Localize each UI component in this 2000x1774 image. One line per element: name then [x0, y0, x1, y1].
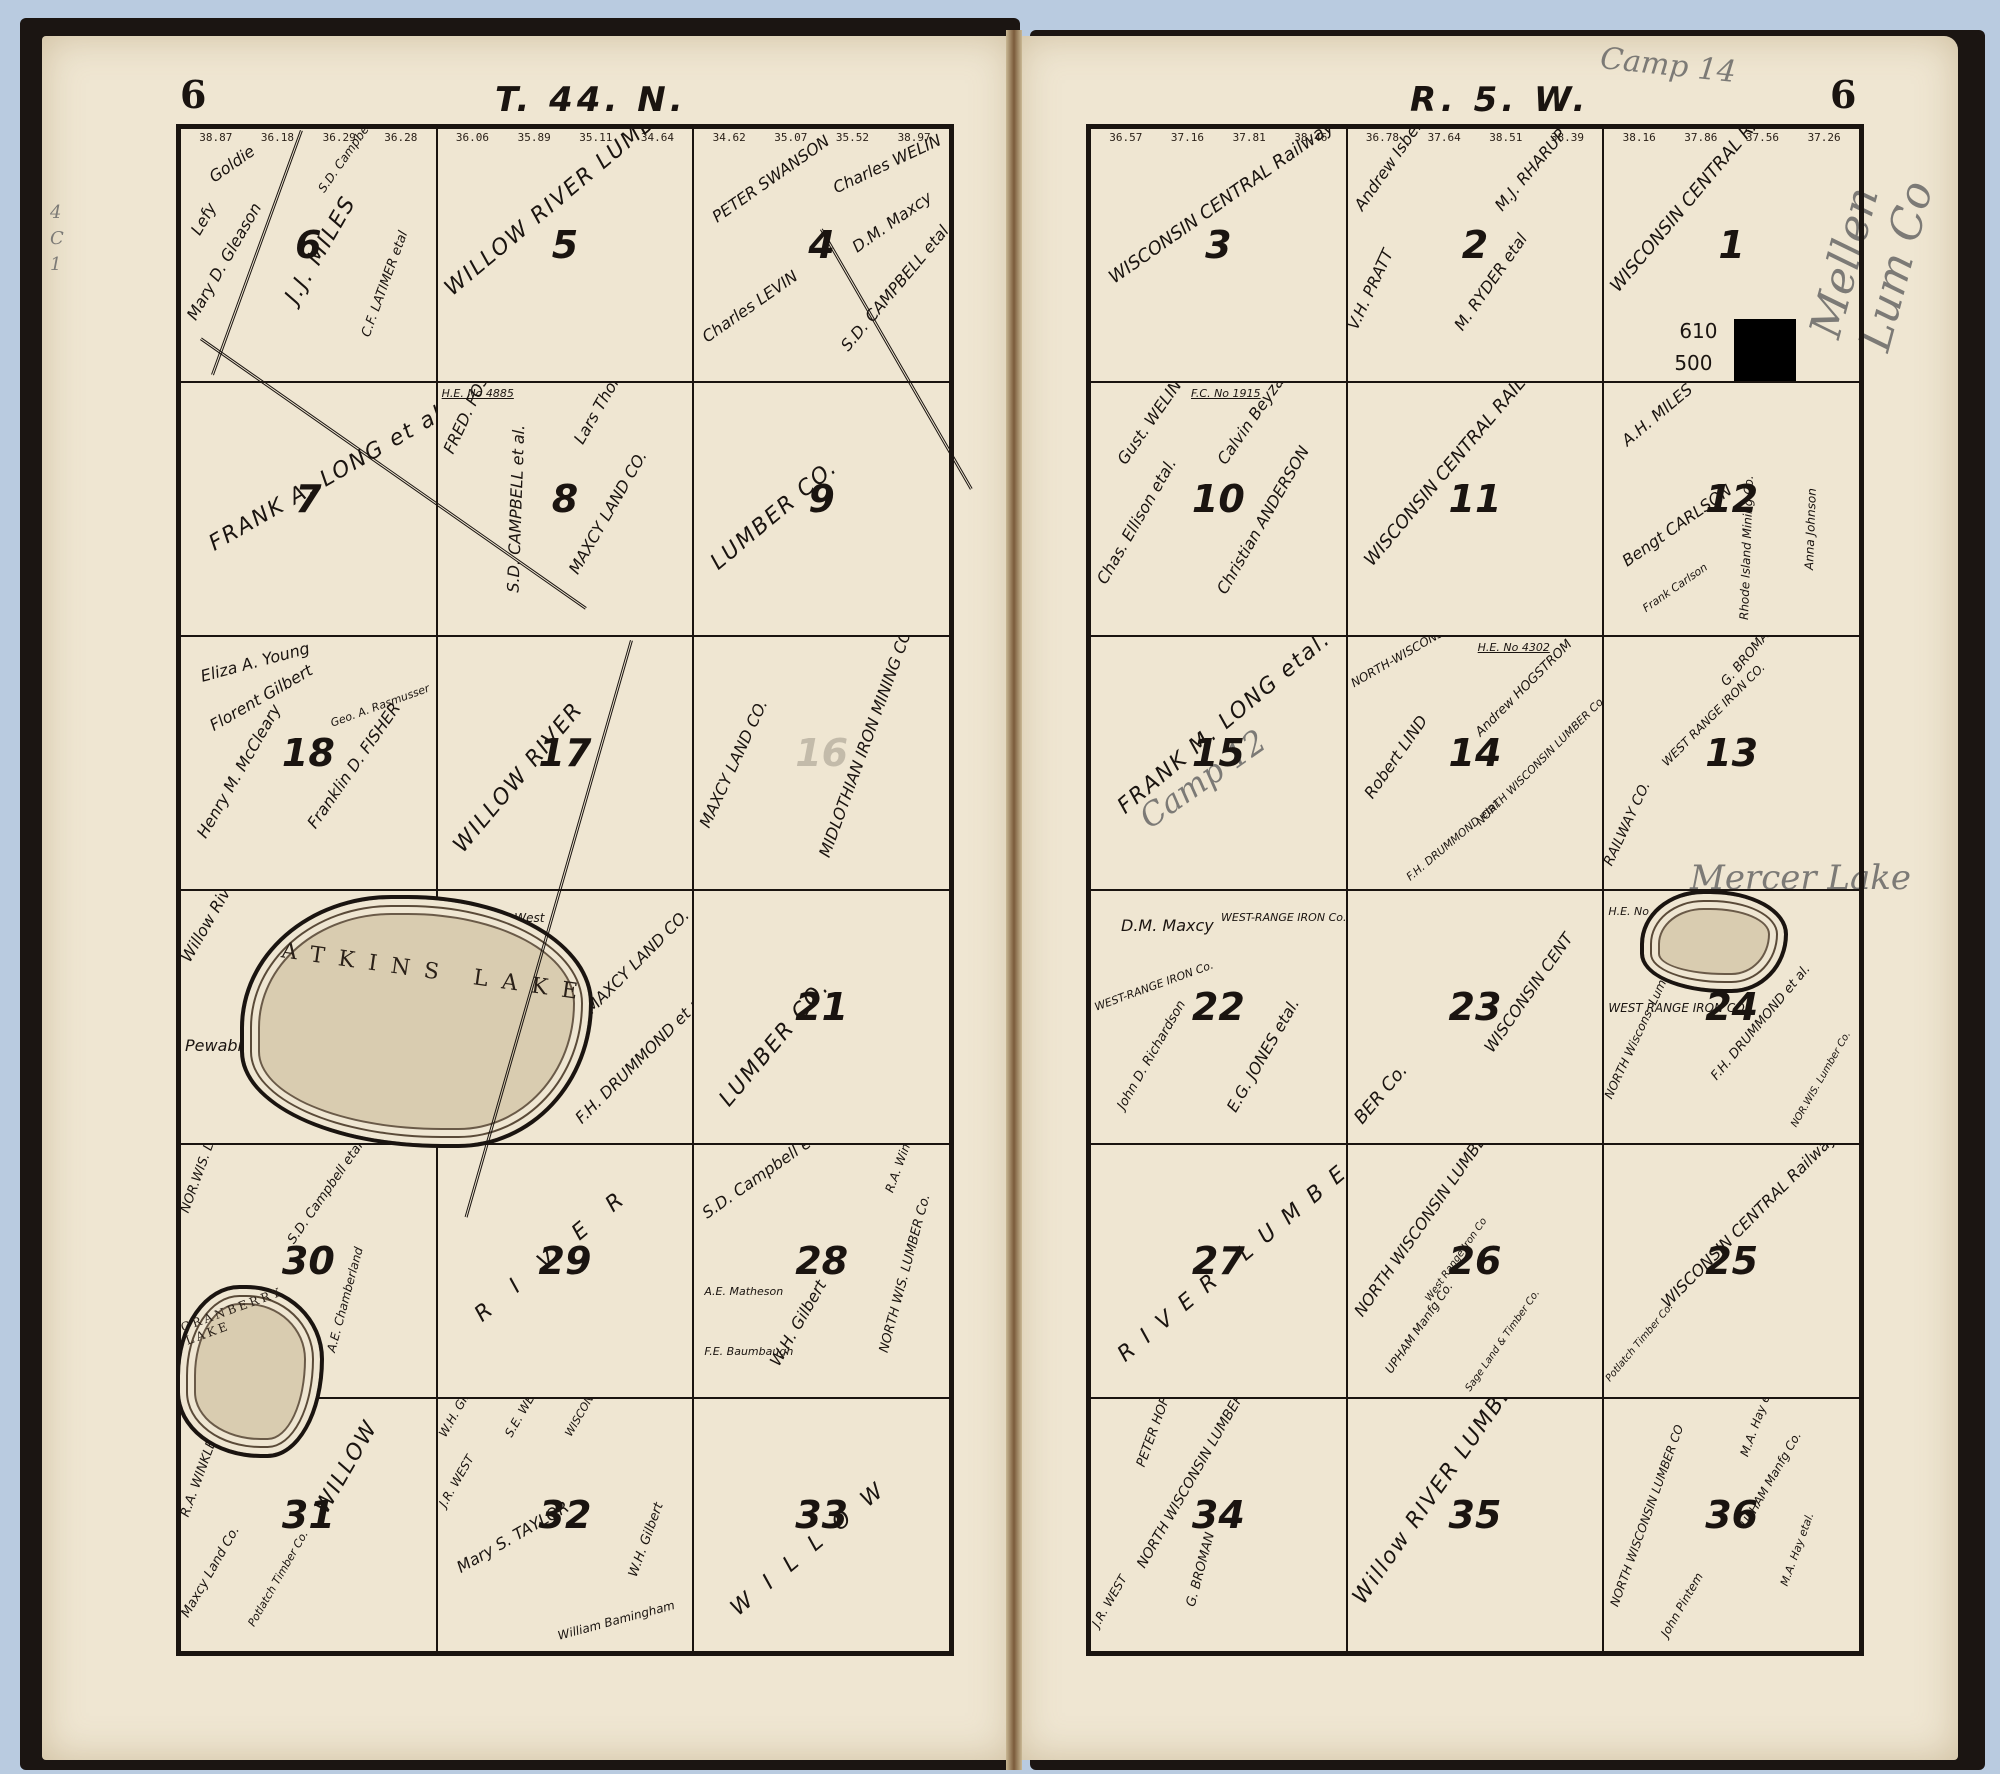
owner-label: Robert LIND [1360, 712, 1431, 802]
pencil-figure: 500 [1674, 351, 1712, 375]
section-number: 14 [1449, 731, 1502, 775]
section-25[interactable]: 25 WISCONSIN CENTRAL Railway Co. Potlatc… [1603, 1144, 1860, 1398]
left-page-number: 6 [180, 72, 206, 117]
section-number: 28 [795, 1239, 848, 1283]
owner-label: BER Co. [1350, 1060, 1412, 1128]
section-11[interactable]: 11 WISCONSIN CENTRAL RAILWAY CO. [1347, 382, 1604, 636]
owner-label: NOR.WIS. LUMBER CO [180, 1144, 241, 1215]
owner-label: LUMBER CO. [715, 975, 835, 1112]
owner-label: Mary S. TAYLOR [453, 1497, 572, 1577]
section-36[interactable]: 36 NORTH WISCONSIN LUMBER CO M.A. Hay et… [1603, 1398, 1860, 1652]
atkins-lake [240, 895, 593, 1148]
owner-label: Willow River [180, 890, 243, 965]
owner-label: NORTH WISCONSIN LUMBER CO [1608, 1423, 1687, 1609]
margin-marks: 4 C 1 [50, 200, 64, 278]
owner-label: John D. Richardson [1115, 998, 1190, 1112]
section-17[interactable]: 17 WILLOW RIVER [437, 636, 694, 890]
acreage: 38.87 [199, 131, 232, 144]
owner-label: S.D. Campbell etal. [285, 1144, 369, 1247]
owner-label: R.A. Winkler [883, 1144, 921, 1194]
mercer-lake [1640, 890, 1788, 993]
owner-label: Maxcy Land Co. [180, 1524, 243, 1621]
section-28[interactable]: 28 S.D. Campbell etal. R.A. Winkler A.E.… [693, 1144, 950, 1398]
acreage: 37.26 [1808, 131, 1841, 144]
section-27[interactable]: 27 RIVER LUMBER [1090, 1144, 1347, 1398]
owner-label: NORTH WIS. LUMBER Co. [877, 1193, 934, 1355]
pencil-figure: 610 [1679, 319, 1717, 343]
owner-label: Lefy [187, 199, 220, 238]
section-22[interactable]: 22 D.M. Maxcy WEST-RANGE IRON Co. WEST-R… [1090, 890, 1347, 1144]
section-26[interactable]: 26 NORTH WISCONSIN LUMBER UPHAM Manfg Co… [1347, 1144, 1604, 1398]
section-5[interactable]: 36.06 35.89 35.11 34.64 5 WILLOW RIVER L… [437, 128, 694, 382]
entry-note: H.E. No 4302 [1478, 641, 1550, 654]
section-9[interactable]: 9 LUMBER CO. [693, 382, 950, 636]
section-number: 8 [552, 477, 578, 521]
section-number: 16 [795, 731, 848, 775]
section-33[interactable]: 33 WILLOW [693, 1398, 950, 1652]
owner-label: Lars Thorson [569, 382, 637, 447]
range-header: R. 5. W. [1410, 80, 1589, 120]
section-10[interactable]: F.C. No 1915 10 Gust. WELIN Calvin Beyza… [1090, 382, 1347, 636]
redacted-square [1734, 319, 1796, 381]
acreage: 38.16 [1623, 131, 1656, 144]
acreage: 37.16 [1171, 131, 1204, 144]
owner-label: G. BROMAN [1184, 1531, 1218, 1609]
owner-label: WISCONSIN CENTRAL RAILWAY Co. [1606, 128, 1824, 296]
owner-label: J.R. WEST [437, 1453, 477, 1510]
owner-label: WEST RANGE IRON CO. [1608, 1001, 1748, 1015]
owner-label: F.H. DRUMMOND etal. [1403, 796, 1503, 883]
acreage: 37.64 [1428, 131, 1461, 144]
owner-label: Potlatch Timber Co. [1604, 1301, 1676, 1384]
entry-note: F.C. No 1915 [1191, 387, 1261, 400]
owner-label: Gust. WELIN [1113, 382, 1185, 468]
owner-label: Anna Johnson [1802, 488, 1819, 570]
owner-label: John Pintem [1658, 1570, 1706, 1639]
acreage: 36.06 [456, 131, 489, 144]
section-15[interactable]: 15 FRANK M. LONG etal. [1090, 636, 1347, 890]
owner-label: W.H. Gilbert [626, 1501, 667, 1579]
section-1[interactable]: 38.16 37.86 37.56 37.26 1 WISCONSIN CENT… [1603, 128, 1860, 382]
owner-label: FRANK M. LONG etal. [1113, 636, 1336, 819]
owner-label: Sage Land & Timber Co. [1463, 1288, 1542, 1394]
owner-label: Chas. Ellison etal. [1093, 455, 1180, 587]
owner-label: RIVER [470, 1169, 652, 1327]
owner-label: V.H. PRATT [1347, 246, 1397, 332]
acreage: 37.86 [1684, 131, 1717, 144]
section-number: 2 [1462, 223, 1488, 267]
owner-label: William Bamingham [556, 1598, 676, 1643]
section-number: 23 [1449, 985, 1502, 1029]
section-number: 34 [1192, 1493, 1245, 1537]
section-35[interactable]: 35 Willow RIVER LUMBER CO. [1347, 1398, 1604, 1652]
section-23[interactable]: 23 BER Co. WISCONSIN CENT [1347, 890, 1604, 1144]
owner-label: PETER HOFFMAN [1134, 1398, 1186, 1469]
owner-label: Bengt CARLSON [1619, 481, 1736, 571]
section-number: 18 [282, 731, 335, 775]
section-16[interactable]: 16 MAXCY LAND CO. MIDLOTHIAN IRON MINING… [693, 636, 950, 890]
owner-label: RIVER LUMBER [1113, 1144, 1347, 1367]
owner-label: C.F. LATIMER etal [359, 229, 411, 339]
owner-label: M.A. Hay etal [1738, 1398, 1779, 1458]
section-number: 1 [1718, 223, 1744, 267]
acreage: 34.62 [713, 131, 746, 144]
acreage: 36.57 [1109, 131, 1142, 144]
owner-label: W.H. GILBERT [437, 1398, 489, 1440]
township-header: T. 44. N. [495, 80, 687, 120]
owner-label: Frank Carlson [1641, 561, 1711, 615]
owner-label: A.E. Matheson [704, 1285, 783, 1298]
acreage: 37.81 [1233, 131, 1266, 144]
owner-label: WILLOW [726, 1466, 904, 1621]
section-21[interactable]: 21 LUMBER CO. [693, 890, 950, 1144]
acreage: 35.07 [774, 131, 807, 144]
owner-label: S.E. WEBB [502, 1398, 545, 1440]
owner-label: WISCONSIN CO. [562, 1398, 617, 1439]
section-34[interactable]: 34 PETER HOFFMAN NORTH WISCONSIN LUMBER … [1090, 1398, 1347, 1652]
section-3[interactable]: 36.57 37.16 37.81 38.46 3 WISCONSIN CENT… [1090, 128, 1347, 382]
owner-label: UPHAM Manfg Co. [1382, 1280, 1455, 1376]
section-number: 10 [1192, 477, 1245, 521]
owner-label: WILLOW RIVER [448, 697, 588, 857]
owner-label: MAXCY LAND CO. [696, 697, 772, 831]
acreage: 36.28 [384, 131, 417, 144]
section-8[interactable]: H.E. No 4885 8 FRED. FOSS S.D. CAMPBELL … [437, 382, 694, 636]
owner-label: Henry M. McCleary [193, 701, 285, 841]
acreage: 36.18 [261, 131, 294, 144]
owner-label: NOR.WIS. Lumber Co. [1790, 1030, 1854, 1130]
acreage: 38.51 [1489, 131, 1522, 144]
owner-label: WEST-RANGE IRON Co. [1221, 911, 1346, 924]
owner-label: WILLOW RIVER LUMBER CO. [440, 128, 694, 301]
owner-label: WILLOW [310, 1416, 383, 1518]
owner-label: WISCONSIN CENTRAL Railway Co. [1658, 1144, 1860, 1311]
section-32[interactable]: 32 W.H. GILBERT S.E. WEBB WISCONSIN CO. … [437, 1398, 694, 1652]
owner-label: MAXCY LAND CO. [581, 906, 693, 1018]
owner-label: J.J. MILES [280, 192, 361, 308]
township-map-right: 36.57 37.16 37.81 38.46 3 WISCONSIN CENT… [1086, 124, 1864, 1656]
owner-label: RAILWAY CO. [1603, 779, 1654, 868]
section-number: 3 [1205, 223, 1231, 267]
section-number: 35 [1449, 1493, 1502, 1537]
section-12[interactable]: 12 A.H. MILES Bengt CARLSON Frank Carlso… [1603, 382, 1860, 636]
section-number: 11 [1449, 477, 1502, 521]
owner-label: D.M. Maxcy [1121, 916, 1214, 935]
section-18[interactable]: 18 Eliza A. Young Florent Gilbert Geo. A… [180, 636, 437, 890]
owner-label: S.D. Campbell etal. [699, 1144, 836, 1222]
right-page-number: 6 [1830, 72, 1856, 117]
section-14[interactable]: H.E. No 4302 14 NORTH-WISCONSIN Lumber C… [1347, 636, 1604, 890]
owner-label: A.H. MILES [1618, 382, 1696, 450]
section-number: 5 [552, 223, 578, 267]
section-number: 13 [1705, 731, 1758, 775]
section-6[interactable]: 38.87 36.18 36.29 36.28 6 Goldie Lefy Ma… [180, 128, 437, 382]
section-13[interactable]: 13 G. BROMAN WEST RANGE IRON CO. RAILWAY… [1603, 636, 1860, 890]
book-gutter [1006, 30, 1022, 1770]
owner-label: M.A. Hay etal. [1778, 1511, 1817, 1588]
acreage-row: 38.87 36.18 36.29 36.28 [185, 131, 432, 144]
acreage: 35.52 [836, 131, 869, 144]
acreage: 35.89 [518, 131, 551, 144]
owner-label: Goldie [206, 141, 259, 186]
section-number: 22 [1192, 985, 1245, 1029]
owner-label: Potlatch Timber Co. [245, 1528, 311, 1628]
section-number: 30 [282, 1239, 335, 1283]
section-4[interactable]: 34.62 35.07 35.52 38.97 4 PETER SWANSON … [693, 128, 950, 382]
owner-label: Charles LEVIN [699, 266, 802, 346]
section-2[interactable]: 36.78 37.64 38.51 38.39 2 Andrew Isberg … [1347, 128, 1604, 382]
owner-label: PETER SWANSON [709, 131, 833, 226]
section-7[interactable]: 7 FRANK A. LONG et al. [180, 382, 437, 636]
owner-label: J.R. WEST [1090, 1573, 1130, 1630]
